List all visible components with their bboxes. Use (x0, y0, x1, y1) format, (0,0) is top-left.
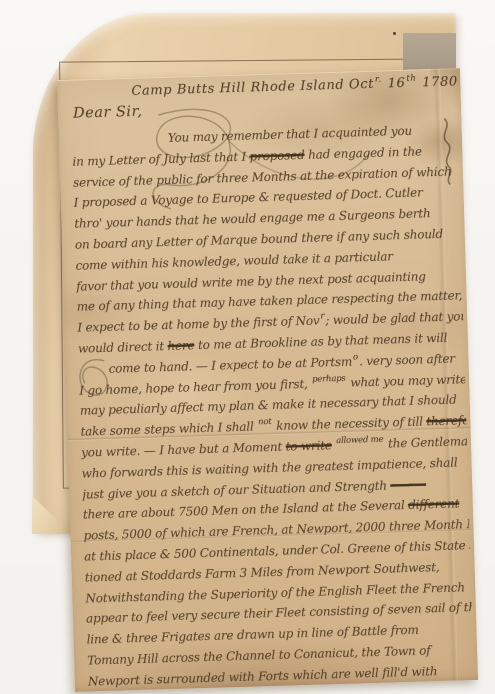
back-sheet-corner (403, 33, 456, 71)
photo-background: Camp Butts Hill Rhode Island Octr. 16th … (0, 0, 495, 694)
ink-speck (393, 32, 396, 35)
album-corner-fold (32, 496, 72, 534)
salutation: Dear Sir, (73, 104, 143, 122)
manuscript-letter: Camp Butts Hill Rhode Island Octr. 16th … (57, 68, 478, 692)
letter-body: You may remember that I acquainted you i… (72, 119, 474, 692)
